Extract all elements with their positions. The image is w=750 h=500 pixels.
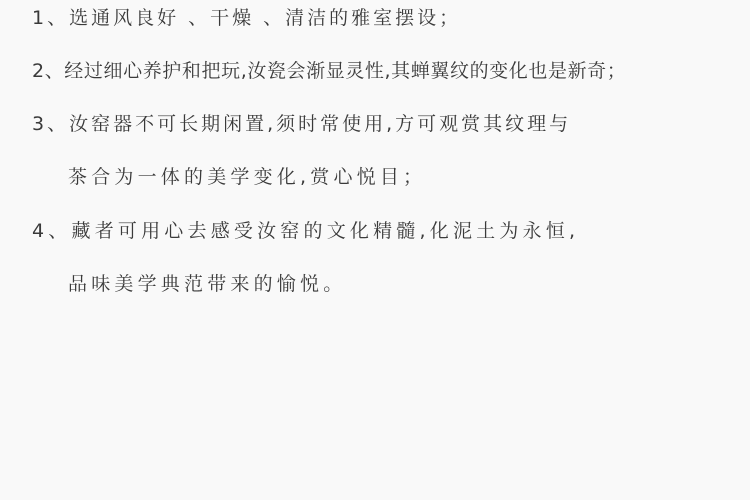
item-text: 品味美学典范带来的愉悦。 [68, 273, 346, 295]
item-number: 2、 [32, 59, 64, 83]
item-number: 3、 [32, 112, 69, 136]
item-number: 1、 [32, 6, 69, 30]
item-text: 汝窑器不可长期闲置,须时常使用,方可观赏其纹理与 [69, 113, 571, 135]
item-text: 经过细心养护和把玩,汝瓷会渐显灵性,其蝉翼纹的变化也是新奇； [64, 60, 626, 82]
item-text: 选通风良好 、干燥 、清洁的雅室摆设； [69, 7, 461, 29]
list-item-1: 1、选通风良好 、干燥 、清洁的雅室摆设； [32, 6, 461, 30]
item-number: 4、 [32, 219, 72, 243]
list-item-3: 3、汝窑器不可长期闲置,须时常使用,方可观赏其纹理与 [32, 112, 571, 136]
item-text: 藏者可用心去感受汝窑的文化精髓,化泥土为永恒, [72, 220, 580, 242]
list-item-4-continuation: 品味美学典范带来的愉悦。 [68, 272, 346, 296]
list-item-4: 4、藏者可用心去感受汝窑的文化精髓,化泥土为永恒, [32, 219, 579, 243]
list-item-2: 2、经过细心养护和把玩,汝瓷会渐显灵性,其蝉翼纹的变化也是新奇； [32, 59, 626, 83]
list-item-3-continuation: 茶合为一体的美学变化,赏心悦目； [68, 165, 426, 189]
item-text: 茶合为一体的美学变化,赏心悦目； [68, 166, 426, 188]
